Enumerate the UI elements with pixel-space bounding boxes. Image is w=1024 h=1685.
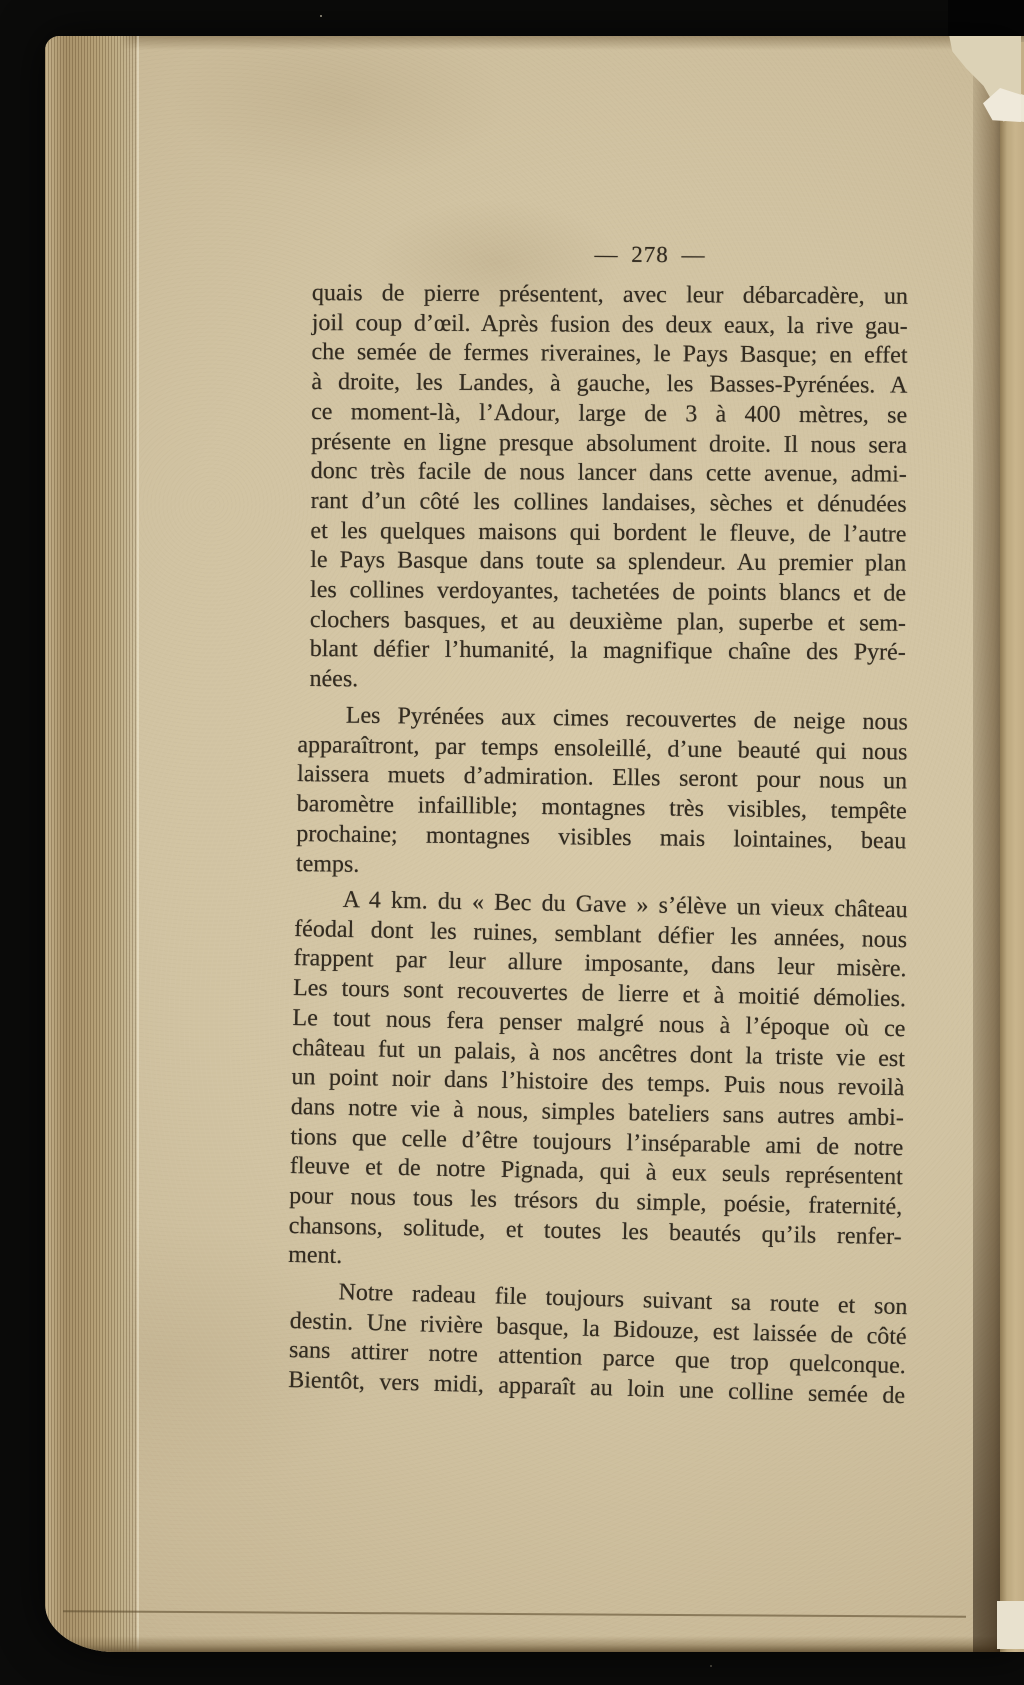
text-line: ce moment-là, l’Adour, large de 3 à 400 …	[311, 398, 907, 431]
paragraph: quais de pierre présentent, avec leur dé…	[309, 279, 908, 698]
dust-speck	[320, 15, 322, 17]
page-bottom-shadow	[45, 1636, 1024, 1652]
page-content: — 278 — quais de pierre présentent, avec…	[312, 240, 908, 1396]
text-line: les collines verdoyantes, tachetées de p…	[310, 576, 906, 609]
text-line: le Pays Basque dans toute sa splendeur. …	[310, 546, 906, 579]
paragraph: Les Pyrénées aux cimes recouvertes de ne…	[296, 701, 908, 887]
gutter-crease	[973, 36, 1003, 1652]
stacked-page-edges	[45, 36, 137, 1652]
page-number: — 278 —	[352, 238, 948, 271]
text-line: rant d’un côté les collines landaises, s…	[311, 487, 907, 520]
underlying-page-edge	[63, 1610, 966, 1618]
adjacent-page-white-edge	[997, 1601, 1024, 1649]
paragraph: A 4 km. du « Bec du Gave » s’élève un vi…	[288, 885, 908, 1282]
page-edge-highlight	[137, 36, 139, 1652]
text-line: donc très facile de nous lancer dans cet…	[311, 457, 907, 490]
text-line: quais de pierre présentent, avec leur dé…	[312, 279, 908, 312]
text-line: joil coup d’œil. Après fusion des deux e…	[312, 308, 908, 341]
book-page: — 278 — quais de pierre présentent, avec…	[45, 36, 1024, 1652]
text-line: à droite, les Landes, à gauche, les Bass…	[311, 368, 907, 401]
text-line: et les quelques maisons qui bordent le f…	[310, 516, 906, 549]
adjacent-page-edge	[1000, 42, 1024, 1652]
page-top-shadow	[45, 36, 1024, 50]
text-line: nées.	[309, 665, 905, 698]
paragraph: Notre radeau file toujours suivant sa ro…	[288, 1277, 908, 1412]
photo-background: — 278 — quais de pierre présentent, avec…	[0, 0, 1024, 1685]
text-line: clochers basques, et au deuxième plan, s…	[310, 605, 906, 638]
text-line: blant défier l’humanité, la magnifique c…	[310, 635, 906, 668]
text-line: présente en ligne presque absolument dro…	[311, 427, 907, 460]
text-line: che semée de fermes riveraines, le Pays …	[311, 338, 907, 371]
